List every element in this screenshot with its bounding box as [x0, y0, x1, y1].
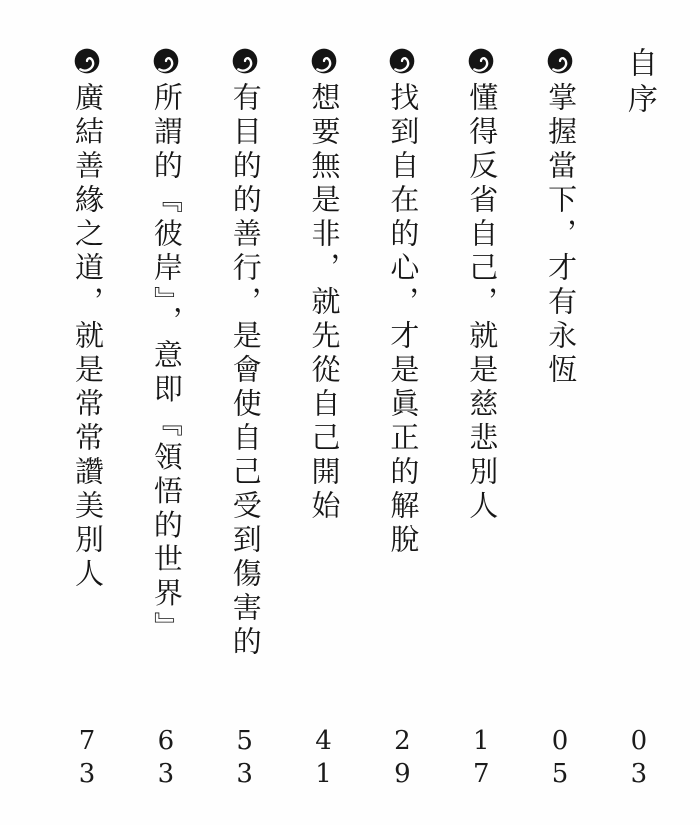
toc-entry-label: 所謂的『彼岸』，意即『領悟的世界』 [147, 82, 185, 646]
toc-entry: 找到自在的心，才是眞正的解脫 29 [383, 47, 421, 792]
page-number: 41 [309, 726, 339, 792]
page-number: 29 [387, 726, 417, 792]
page-number: 73 [72, 726, 102, 792]
page-number: 63 [151, 726, 181, 792]
spiral-bullet-icon [73, 47, 101, 75]
toc-entry-label: 想要無是非，就先從自己開始 [305, 82, 343, 524]
spiral-bullet-icon [388, 47, 416, 75]
spiral-bullet-icon [152, 47, 180, 75]
toc-entry: 想要無是非，就先從自己開始 41 [305, 47, 343, 792]
toc-entry-label: 掌握當下，才有永恆 [541, 82, 579, 388]
spiral-bullet-icon [546, 47, 574, 75]
toc-title-column: 自序 03 [620, 47, 658, 792]
toc-entry-label: 找到自在的心，才是眞正的解脫 [383, 82, 421, 558]
toc-entry: 廣結善緣之道，就是常常讚美別人 73 [68, 47, 106, 792]
page-number: 17 [466, 726, 496, 792]
table-of-contents: 自序 03 掌握當下，才有永恆 05 懂得反省自己，就是慈悲別人 17 [0, 0, 700, 825]
book-toc-page: 自序 03 掌握當下，才有永恆 05 懂得反省自己，就是慈悲別人 17 [0, 0, 700, 825]
page-number: 05 [545, 726, 575, 792]
spiral-bullet-icon [310, 47, 338, 75]
page-number: 53 [230, 726, 260, 792]
toc-entry-label: 懂得反省自己，就是慈悲別人 [462, 82, 500, 524]
page-title: 自序 [620, 47, 658, 119]
spiral-bullet-icon [231, 47, 259, 75]
page-number: 03 [624, 726, 654, 792]
toc-entry: 掌握當下，才有永恆 05 [541, 47, 579, 792]
toc-entry: 所謂的『彼岸』，意即『領悟的世界』 63 [147, 47, 185, 792]
toc-entry-label: 廣結善緣之道，就是常常讚美別人 [68, 82, 106, 592]
toc-entry: 有目的的善行，是會使自己受到傷害的 53 [226, 47, 264, 792]
toc-entry: 懂得反省自己，就是慈悲別人 17 [462, 47, 500, 792]
spiral-bullet-icon [467, 47, 495, 75]
toc-entry-label: 有目的的善行，是會使自己受到傷害的 [226, 82, 264, 660]
